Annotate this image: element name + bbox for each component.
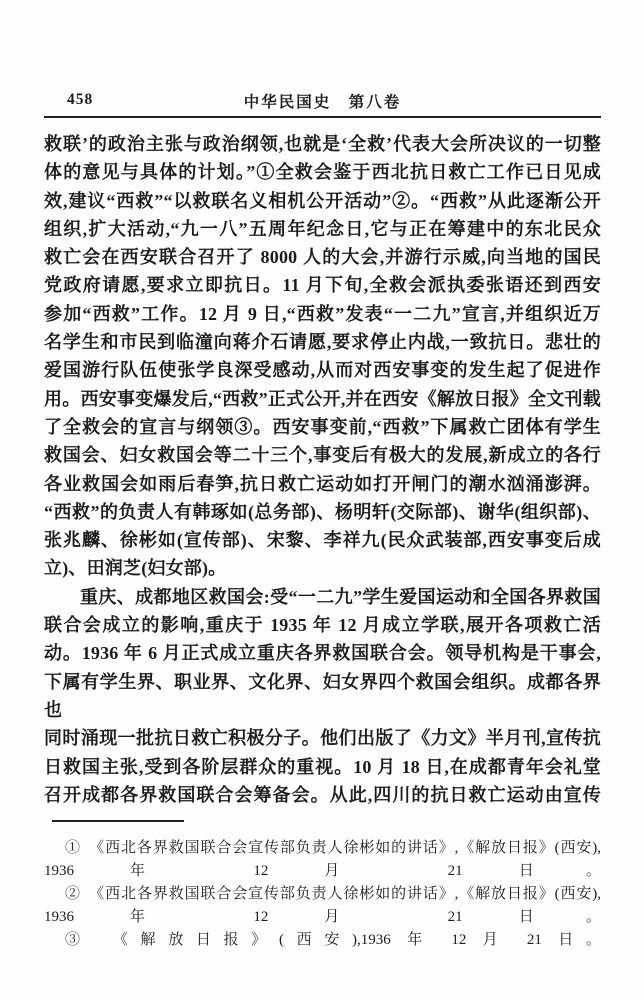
text-line: 下属有学生界、职业界、文化界、妇女界四个救国会组织。成都各界也 xyxy=(44,668,601,725)
text-line: 张兆麟、徐彬如(宣传部)、宋黎、李祥九(民众武装部,西安事变后成 xyxy=(44,526,601,554)
text-line: 了全救会的宣言与纲领③。西安事变前,“西救”下属救亡团体有学生 xyxy=(44,413,601,441)
text-line: 救国会、妇女救国会等二十三个,事变后有极大的发展,新成立的各行 xyxy=(44,441,601,469)
footnote-line: ① 《西北各界救国联合会宣传部负责人徐彬如的讲话》,《解放日报》(西安), xyxy=(44,837,601,860)
page-number: 458 xyxy=(67,91,93,109)
text-line: 爱国游行队伍使张学良深受感动,从而对西安事变的发生起了促进作 xyxy=(44,356,601,384)
footnote-line: 1936 年 12 月 21 日。 xyxy=(44,906,601,929)
text-line: 各业救国会如雨后春笋,抗日救亡运动如打开闸门的潮水汹涌澎湃。 xyxy=(44,470,601,498)
footnote-line: ② 《西北各界救国联合会宣传部负责人徐彬如的讲话》,《解放日报》(西安), xyxy=(44,883,601,906)
footnote-separator xyxy=(52,820,184,822)
text-line: 参加“西救”工作。12 月 9 日,“西救”发表“一二九”宣言,并组织近万 xyxy=(44,300,601,328)
text-line: 用。西安事变爆发后,“西救”正式公开,并在西安《解放日报》全文刊载 xyxy=(44,385,601,413)
footnote-line: ③ 《解放日报》(西安),1936 年 12 月 21 日。 xyxy=(44,929,601,952)
running-title: 中华民国史 第八卷 xyxy=(44,90,601,112)
text-line: 动。1936 年 6 月正式成立重庆各界救国联合会。领导机构是干事会, xyxy=(44,639,601,667)
text-line: 体的意见与具体的计划。”①全救会鉴于西北抗日救亡工作已日见成 xyxy=(44,158,601,186)
body-text: 救联’的政治主张与政治纲领,也就是‘全救’代表大会所决议的一切整 体的意见与具体… xyxy=(44,130,601,809)
text-line: 组织,扩大活动,“九一八”五周年纪念日,它与正在筹建中的东北民众 xyxy=(44,215,601,243)
footnote-line: 1936 年 12 月 21 日。 xyxy=(44,860,601,883)
text-line: 日救国主张,受到各阶层群众的重视。10 月 18 日,在成都青年会礼堂 xyxy=(44,753,601,781)
text-line: 立)、田润芝(妇女部)。 xyxy=(44,554,601,582)
page-header: 458 中华民国史 第八卷 xyxy=(44,90,601,110)
text-line: 联合会成立的影响,重庆于 1935 年 12 月成立学联,展开各项救亡活 xyxy=(44,611,601,639)
text-line: 召开成都各界救国联合会筹备会。从此,四川的抗日救亡运动由宣传 xyxy=(44,781,601,809)
page-content: 458 中华民国史 第八卷 救联’的政治主张与政治纲领,也就是‘全救’代表大会所… xyxy=(44,90,601,952)
text-line: 救联’的政治主张与政治纲领,也就是‘全救’代表大会所决议的一切整 xyxy=(44,130,601,158)
header-rule xyxy=(44,116,601,118)
text-line: 同时涌现一批抗日救亡积极分子。他们出版了《力文》半月刊,宣传抗 xyxy=(44,724,601,752)
text-line: 重庆、成都地区救国会:受“一二九”学生爱国运动和全国各界救国 xyxy=(44,583,601,611)
text-line: 效,建议“西救”“以救联名义相机公开活动”②。“西救”从此逐渐公开 xyxy=(44,187,601,215)
text-line: 名学生和市民到临潼向蒋介石请愿,要求停止内战,一致抗日。悲壮的 xyxy=(44,328,601,356)
text-line: “西救”的负责人有韩琢如(总务部)、杨明轩(交际部)、谢华(组织部)、 xyxy=(44,498,601,526)
text-line: 救亡会在西安联合召开了 8000 人的大会,并游行示威,向当地的国民 xyxy=(44,243,601,271)
footnotes: ① 《西北各界救国联合会宣传部负责人徐彬如的讲话》,《解放日报》(西安), 19… xyxy=(44,837,601,952)
text-line: 党政府请愿,要求立即抗日。11 月下旬,全救会派执委张语还到西安 xyxy=(44,271,601,299)
book-page: 458 中华民国史 第八卷 救联’的政治主张与政治纲领,也就是‘全救’代表大会所… xyxy=(0,0,644,1000)
